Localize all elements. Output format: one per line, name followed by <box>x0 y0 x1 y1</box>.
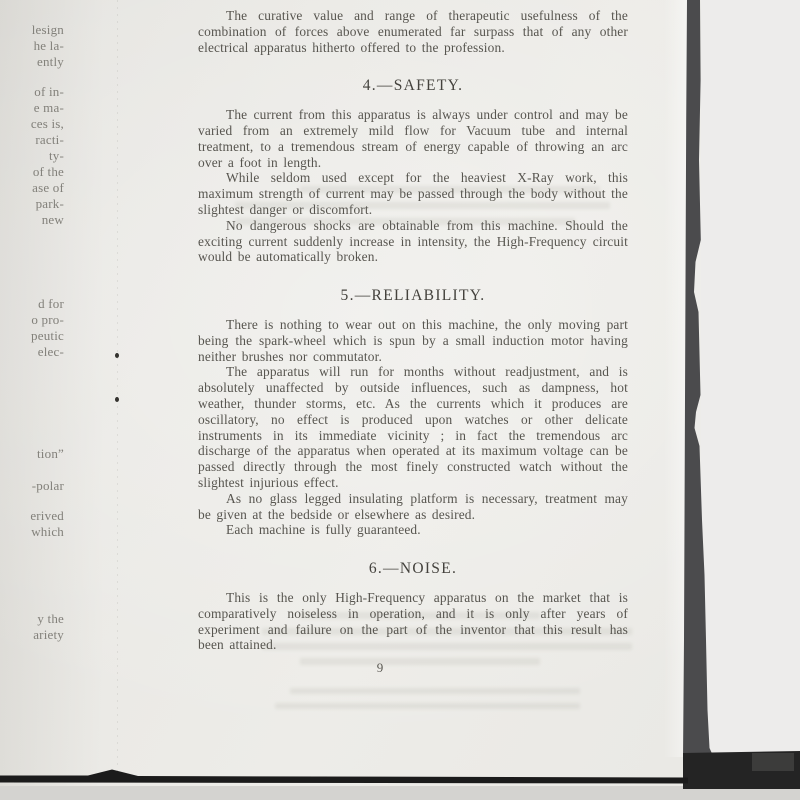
page-edge-highlight <box>664 0 687 757</box>
page-number: 9 <box>165 660 595 676</box>
margin-fragment: lesign <box>32 22 64 38</box>
margin-fragment: of in- <box>34 84 64 100</box>
margin-fragment: -polar <box>32 478 64 494</box>
margin-fragment: ces is, <box>31 116 64 132</box>
paragraph: The apparatus will run for months withou… <box>198 364 628 490</box>
margin-fragment: ase of <box>32 180 64 196</box>
paragraph: As no glass legged insulating platform i… <box>198 491 628 523</box>
scanner-mat <box>0 786 800 800</box>
margin-fragment: e ma- <box>34 100 64 116</box>
margin-fragment: d for <box>38 296 64 312</box>
margin-fragment: of the <box>33 164 64 180</box>
margin-fragment: new <box>42 212 64 228</box>
margin-fragment: ty- <box>49 148 64 164</box>
margin-fragment: y the <box>37 611 64 627</box>
facing-page-fragments: lesign he la- ently of in- e ma- ces is,… <box>0 0 66 700</box>
section-heading-safety: 4.—SAFETY. <box>198 78 628 94</box>
paragraph: This is the only High-Frequency apparatu… <box>198 590 628 653</box>
margin-fragment: racti- <box>35 132 64 148</box>
paragraph: The current from this apparatus is alway… <box>198 107 628 170</box>
stitch-mark <box>115 353 119 358</box>
margin-fragment: o pro- <box>31 312 64 328</box>
paragraph: There is nothing to wear out on this mac… <box>198 317 628 364</box>
paragraph: While seldom used except for the heavies… <box>198 170 628 217</box>
underlying-page-edge <box>701 0 800 753</box>
margin-fragment: park- <box>36 196 64 212</box>
ghost-bleedthrough <box>290 688 580 694</box>
section-heading-noise: 6.—NOISE. <box>198 561 628 577</box>
section-heading-reliability: 5.—RELIABILITY. <box>198 288 628 304</box>
ghost-bleedthrough <box>275 703 580 709</box>
margin-fragment: he la- <box>34 38 64 54</box>
margin-fragment: which <box>31 524 64 540</box>
binding-crease <box>117 0 118 778</box>
paragraph-intro: The curative value and range of therapeu… <box>198 8 628 55</box>
margin-fragment: ently <box>37 54 64 70</box>
paragraph: No dangerous shocks are obtainable from … <box>198 218 628 265</box>
stitch-mark <box>115 397 119 402</box>
scanned-book-page: lesign he la- ently of in- e ma- ces is,… <box>0 0 800 800</box>
margin-fragment: elec- <box>38 344 64 360</box>
text-block: The curative value and range of therapeu… <box>198 8 628 676</box>
paragraph: Each machine is fully guaranteed. <box>198 522 628 538</box>
margin-fragment: tion” <box>37 446 64 462</box>
margin-fragment: ariety <box>33 627 64 643</box>
margin-fragment: erived <box>30 508 64 524</box>
margin-fragment: peutic <box>31 328 64 344</box>
